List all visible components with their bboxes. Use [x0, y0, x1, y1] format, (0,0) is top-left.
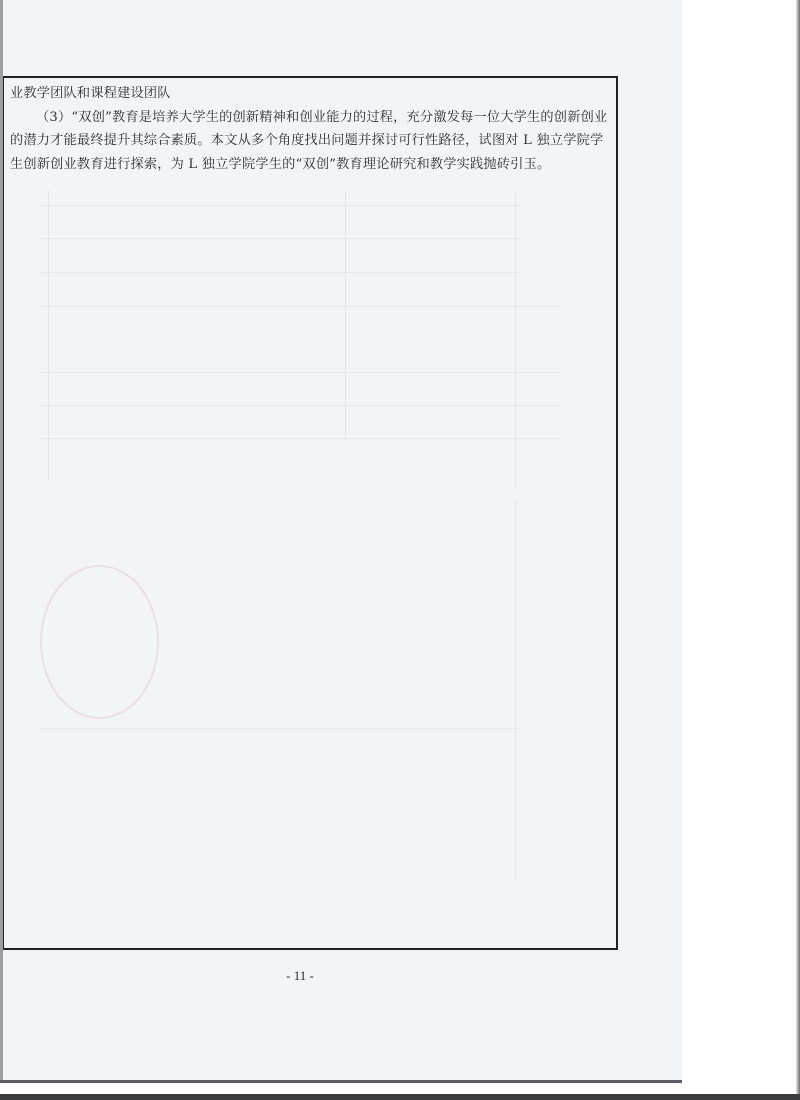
content-frame: 业教学团队和课程建设团队 （3）“双创”教育是培养大学生的创新精神和创业能力的过… — [3, 76, 618, 950]
page-number: - 11 - — [0, 968, 600, 984]
scan-right-edge — [796, 0, 800, 1100]
page-bottom-edge — [0, 1080, 682, 1083]
body-text: 业教学团队和课程建设团队 （3）“双创”教育是培养大学生的创新精神和创业能力的过… — [10, 82, 614, 176]
paragraph-3: （3）“双创”教育是培养大学生的创新精神和创业能力的过程，充分激发每一位大学生的… — [10, 106, 614, 177]
continuation-line: 业教学团队和课程建设团队 — [10, 82, 614, 106]
document-page: 业教学团队和课程建设团队 （3）“双创”教育是培养大学生的创新精神和创业能力的过… — [0, 0, 682, 1082]
scan-bottom-edge — [0, 1094, 800, 1100]
